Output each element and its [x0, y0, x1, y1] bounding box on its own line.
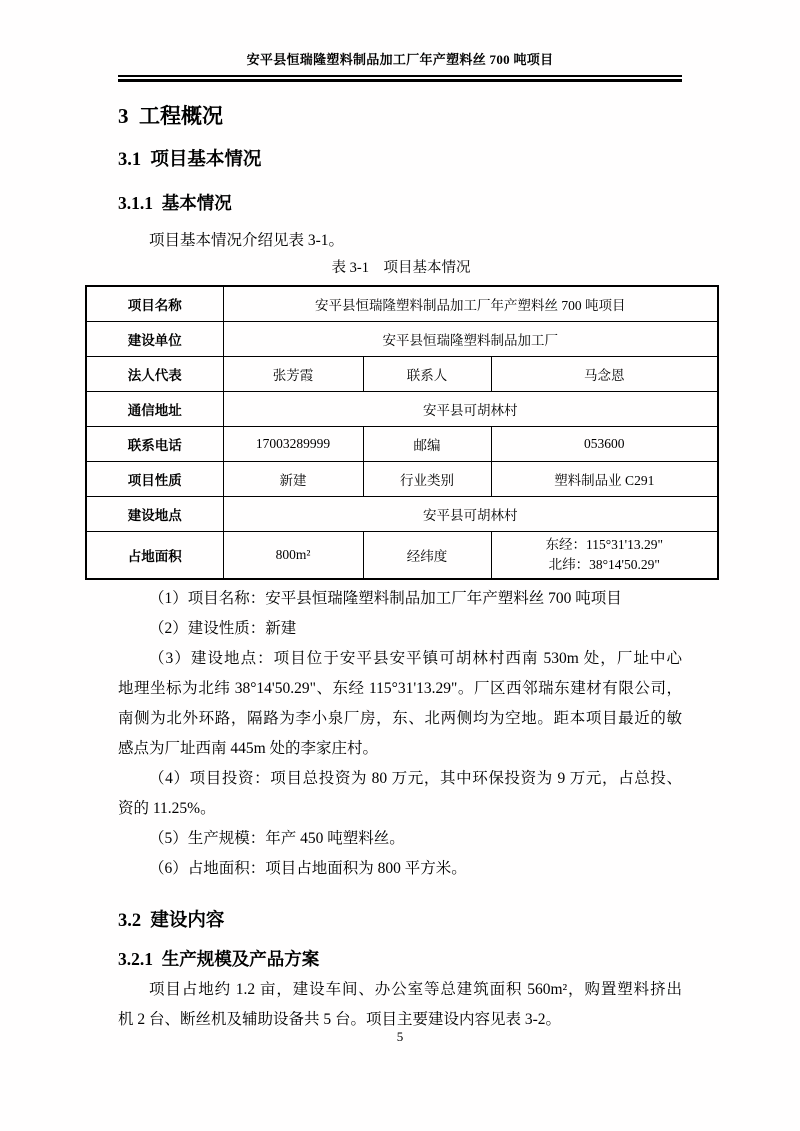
cell-label-2: 邮编	[363, 427, 491, 462]
item-4-line: 资的 11.25%。	[118, 794, 682, 824]
cell-label: 项目名称	[86, 286, 223, 322]
cell-label: 联系电话	[86, 427, 223, 462]
cell-value: 新建	[223, 462, 363, 497]
cell-value-2: 东经：115°31'13.29" 北纬：38°14'50.29"	[491, 532, 718, 580]
section-3-2-line: 项目占地约 1.2 亩，建设车间、办公室等总建筑面积 560m²，购置塑料挤出	[118, 975, 682, 1005]
item-2-line: （2）建设性质：新建	[118, 614, 682, 644]
heading-3-1-1: 3.1.1 基本情况	[118, 191, 682, 216]
table-row-legal-representative: 法人代表 张芳霞 联系人 马念恩	[86, 357, 718, 392]
cell-label-2: 联系人	[363, 357, 491, 392]
heading-3-1: 3.1 项目基本情况	[118, 147, 682, 173]
heading-3-2-1: 3.2.1 生产规模及产品方案	[118, 947, 682, 972]
item-3-line: 地理坐标为北纬 38°14'50.29"、东经 115°31'13.29"。厂区…	[118, 674, 682, 704]
cell-value: 安平县恒瑞隆塑料制品加工厂	[223, 322, 718, 357]
table-row-land-area: 占地面积 800m² 经纬度 东经：115°31'13.29" 北纬：38°14…	[86, 532, 718, 580]
cell-label: 通信地址	[86, 392, 223, 427]
cell-value: 张芳霞	[223, 357, 363, 392]
header-double-rule	[118, 75, 682, 82]
cell-label: 项目性质	[86, 462, 223, 497]
cell-value: 安平县恒瑞隆塑料制品加工厂年产塑料丝 700 吨项目	[223, 286, 718, 322]
longitude-line: 东经：115°31'13.29"	[496, 535, 714, 555]
latitude-line: 北纬：38°14'50.29"	[496, 555, 714, 575]
cell-value: 17003289999	[223, 427, 363, 462]
cell-value-2: 塑料制品业 C291	[491, 462, 718, 497]
cell-value: 安平县可胡林村	[223, 392, 718, 427]
heading-3-2: 3.2 建设内容	[118, 908, 682, 934]
document-page: 安平县恒瑞隆塑料制品加工厂年产塑料丝 700 吨项目 3 工程概况 3.1 项目…	[0, 0, 800, 1131]
cell-value: 800m²	[223, 532, 363, 580]
item-4-line: （4）项目投资：项目总投资为 80 万元，其中环保投资为 9 万元，占总投、	[118, 764, 682, 794]
table-row-construction-unit: 建设单位 安平县恒瑞隆塑料制品加工厂	[86, 322, 718, 357]
numbered-items: （1）项目名称：安平县恒瑞隆塑料制品加工厂年产塑料丝 700 吨项目 （2）建设…	[118, 584, 682, 884]
heading-chapter-3: 3 工程概况	[118, 102, 682, 130]
cell-label: 建设单位	[86, 322, 223, 357]
cell-label: 法人代表	[86, 357, 223, 392]
cell-label: 占地面积	[86, 532, 223, 580]
table-row-mailing-address: 通信地址 安平县可胡林村	[86, 392, 718, 427]
cell-label-2: 经纬度	[363, 532, 491, 580]
intro-paragraph: 项目基本情况介绍见表 3-1。	[118, 228, 682, 254]
cell-value-2: 马念恩	[491, 357, 718, 392]
table-row-phone: 联系电话 17003289999 邮编 053600	[86, 427, 718, 462]
table-caption: 表 3-1 项目基本情况	[85, 257, 717, 279]
running-header: 安平县恒瑞隆塑料制品加工厂年产塑料丝 700 吨项目	[0, 52, 800, 68]
cell-value: 安平县可胡林村	[223, 497, 718, 532]
page-number: 5	[0, 1029, 800, 1045]
item-6-line: （6）占地面积：项目占地面积为 800 平方米。	[118, 854, 682, 884]
item-3-line: 感点为厂址西南 445m 处的李家庄村。	[118, 734, 682, 764]
cell-label: 建设地点	[86, 497, 223, 532]
cell-label-2: 行业类别	[363, 462, 491, 497]
cell-value-2: 053600	[491, 427, 718, 462]
table-row-project-nature: 项目性质 新建 行业类别 塑料制品业 C291	[86, 462, 718, 497]
section-3-2-paragraph: 项目占地约 1.2 亩，建设车间、办公室等总建筑面积 560m²，购置塑料挤出 …	[118, 975, 682, 1035]
item-3-line: （3）建设地点：项目位于安平县安平镇可胡林村西南 530m 处，厂址中心	[118, 644, 682, 674]
table-row-construction-site: 建设地点 安平县可胡林村	[86, 497, 718, 532]
project-info-table: 项目名称 安平县恒瑞隆塑料制品加工厂年产塑料丝 700 吨项目 建设单位 安平县…	[85, 285, 719, 580]
item-1-line: （1）项目名称：安平县恒瑞隆塑料制品加工厂年产塑料丝 700 吨项目	[118, 584, 682, 614]
content-area: 3 工程概况 3.1 项目基本情况 3.1.1 基本情况 项目基本情况介绍见表 …	[118, 82, 682, 1035]
table-row-project-name: 项目名称 安平县恒瑞隆塑料制品加工厂年产塑料丝 700 吨项目	[86, 286, 718, 322]
item-3-line: 南侧为北外环路，隔路为李小泉厂房，东、北两侧均为空地。距本项目最近的敏	[118, 704, 682, 734]
item-5-line: （5）生产规模：年产 450 吨塑料丝。	[118, 824, 682, 854]
running-header-title: 安平县恒瑞隆塑料制品加工厂年产塑料丝 700 吨项目	[247, 52, 554, 67]
